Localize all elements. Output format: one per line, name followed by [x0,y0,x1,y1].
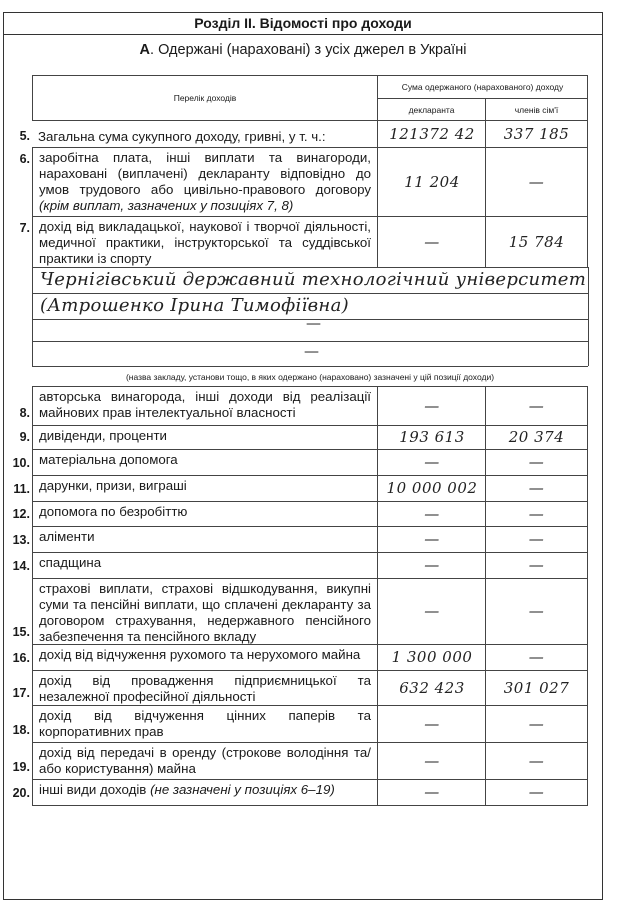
declarant-value: — [377,742,486,779]
row-number: 9. [6,430,30,444]
row-label: дохід від відчуження рухомого та нерухом… [32,645,377,670]
row-number: 12. [6,507,30,521]
family-value: 15 784 [485,216,588,267]
subsection-letter: А [140,42,150,58]
section-title: Розділ ІІ. Відомості про доходи [3,12,603,35]
row-label: дохід від передачі в оренду (строкове во… [32,743,377,779]
row-label: Загальна сума сукупного доходу, гривні, … [32,127,377,147]
declarant-value: — [377,705,486,742]
row-number: 20. [6,786,30,800]
family-value: — [485,779,588,805]
family-value: — [485,501,588,526]
row-label: авторська винагорода, інші доходи від ре… [32,387,377,425]
declarant-value: — [377,526,486,552]
row-number: 7. [6,221,30,235]
declarant-value: 11 204 [377,147,486,216]
declarant-value: 193 613 [377,425,486,449]
row-number: 19. [6,760,30,774]
declarant-value: — [377,501,486,526]
family-value: — [485,552,588,578]
header-income-list: Перелік доходів [32,75,378,121]
institution-caption: (назва закладу, установи тощо, в яких од… [32,372,588,382]
row-label: дивіденди, проценти [32,426,377,449]
declarant-value: — [377,386,486,425]
family-value: — [485,644,588,670]
row-number: 8. [6,406,30,420]
family-value: — [485,742,588,779]
row-label-text: заробітна плата, інші виплати та винагор… [39,150,371,197]
family-value: — [485,705,588,742]
row-label: аліменти [32,527,377,552]
row-number: 5. [6,129,30,143]
row-label: дохід від відчуження цінних паперів та к… [32,706,377,742]
row-divider [32,805,588,806]
row-label-note: (крім виплат, зазначених у позиціях 7, 8… [39,198,293,213]
family-value: 337 185 [485,121,588,147]
family-value: 20 374 [485,425,588,449]
header-income-sum: Сума одержаного (нарахованого) доходу [377,75,588,99]
row-label: допомога по безробіттю [32,502,377,526]
row-label-note: (не зазначені у позиціях 6–19) [150,782,335,797]
row-number: 11. [6,482,30,496]
family-value: — [485,386,588,425]
declarant-value: 632 423 [377,670,486,705]
row-label: інші види доходів (не зазначені у позиці… [32,780,377,805]
row-label: заробітна плата, інші виплати та винагор… [32,148,377,216]
header-declarant: декларанта [377,98,486,121]
family-value: — [485,147,588,216]
declarant-value: — [377,449,486,475]
row-number: 13. [6,533,30,547]
row-number: 17. [6,686,30,700]
row-label: страхові виплати, страхові відшкодування… [32,579,377,644]
row-number: 6. [6,152,30,166]
institution-line-2: (Атрошенко Ірина Тимофіївна) [40,295,349,316]
declarant-value: 10 000 002 [377,475,486,501]
header-family: членів сім'ї [485,98,588,121]
row-number: 15. [6,625,30,639]
row-number: 18. [6,723,30,737]
declarant-value: 1 300 000 [377,644,486,670]
family-value: — [485,449,588,475]
row-number: 14. [6,559,30,573]
row-label: дохід від провадження підприємницької та… [32,671,377,705]
declarant-value: — [377,779,486,805]
declarant-value: — [377,578,486,644]
institution-line-1: Чернігівський державний технологічний ун… [40,269,586,290]
row-divider [32,267,588,268]
family-value: — [485,475,588,501]
row-number: 10. [6,456,30,470]
family-value: 301 027 [485,670,588,705]
row-label: дохід від викладацької, наукової і творч… [32,217,377,267]
row-label-text: інші види доходів [39,782,146,797]
subsection-title: А. Одержані (нараховані) з усіх джерел в… [3,42,603,58]
institution-line-4: — [304,342,319,360]
row-number: 16. [6,651,30,665]
row-label: матеріальна допомога [32,450,377,475]
row-label: дарунки, призи, виграші [32,476,377,501]
family-value: — [485,578,588,644]
declarant-value: — [377,216,486,267]
institution-line-3: — [306,314,321,332]
declarant-value: — [377,552,486,578]
declarant-value: 121372 42 [377,121,486,147]
family-value: — [485,526,588,552]
row-label: спадщина [32,553,377,578]
subsection-text: . Одержані (нараховані) з усіх джерел в … [150,42,466,58]
